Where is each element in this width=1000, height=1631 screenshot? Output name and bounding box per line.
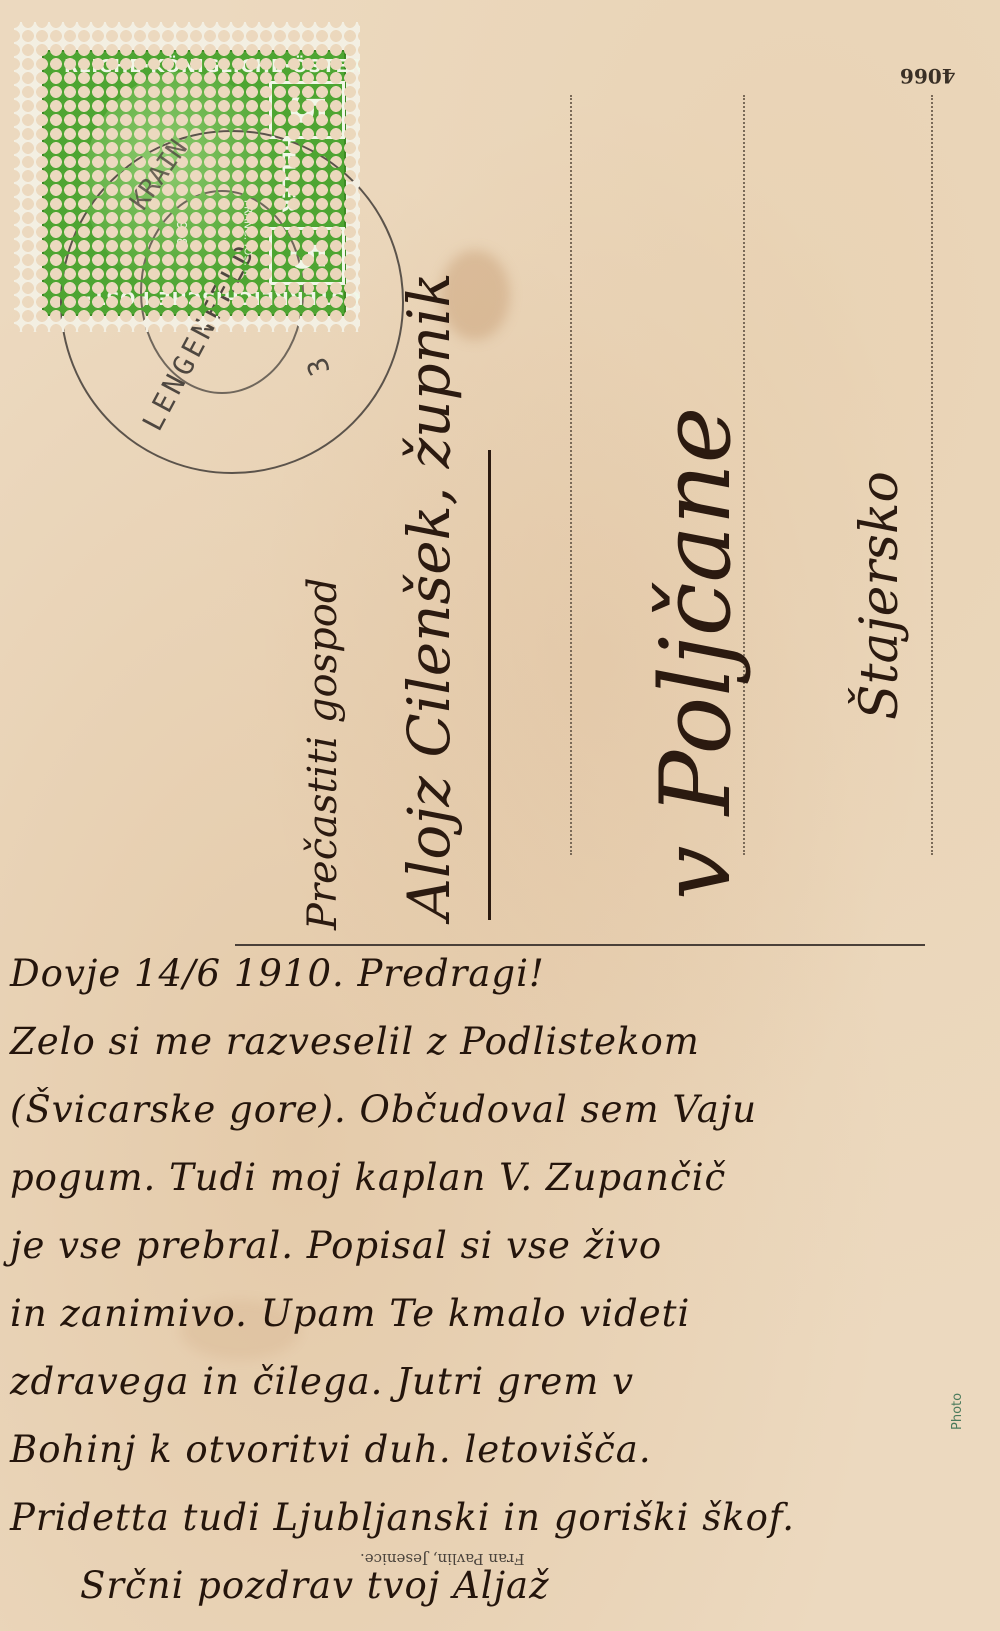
print-number: 4066 <box>900 64 956 88</box>
address-salutation: Prečastiti gospod <box>300 578 346 930</box>
postcard-back: 4066 LENGENFELD 3 RLICHE·KÖNIGLICHE·ÖSTE… <box>0 0 1000 1631</box>
address-town: Poljčane <box>640 407 752 816</box>
stamp-ring-text-top: RLICHE·KÖNIGLICHE·ÖSTER <box>64 56 364 77</box>
message-line: Zelo si me razveselil z Podlistekom <box>10 1008 1000 1076</box>
address-town-line: v Poljčane <box>640 407 752 900</box>
stamp-ring-text-bottom: ·ÖSTERREICHISCHE·POST· <box>84 287 368 308</box>
postage-stamp: RLICHE·KÖNIGLICHE·ÖSTER ·ÖSTERREICHISCHE… <box>14 22 360 332</box>
message-line: je vse prebral. Popisal si vse živo <box>10 1212 1000 1280</box>
message-line: zdravega in čilega. Jutri grem v <box>10 1348 1000 1416</box>
address-recipient: Alojz Cilenšek, župnik <box>395 272 463 920</box>
stamp-year: 1908 <box>173 213 188 246</box>
address-guide-line <box>570 95 572 855</box>
address-region: Štajersko <box>850 471 910 720</box>
stamp-value-bottom: 5 <box>269 227 345 285</box>
handwritten-message: Dovje 14/6 1910. Predragi! Zelo si me ra… <box>10 940 1000 1620</box>
message-line: Dovje 14/6 1910. Predragi! <box>10 940 1000 1008</box>
stamp-design: RLICHE·KÖNIGLICHE·ÖSTER ·ÖSTERREICHISCHE… <box>42 50 346 316</box>
message-line: in zanimivo. Upam Te kmalo videti <box>10 1280 1000 1348</box>
printer-imprint: Fran Pavlin, Jesenice. <box>360 1550 525 1568</box>
address-preposition: v <box>640 846 752 900</box>
stamp-value-top: 5 <box>269 81 345 139</box>
stamp-currency: HELLER <box>277 136 298 212</box>
recipient-underline <box>488 450 491 920</box>
stamp-portrait-caption: FRANC. IOS. I. <box>241 200 253 277</box>
message-line: pogum. Tudi moj kaplan V. Zupančič <box>10 1144 1000 1212</box>
address-guide-line <box>931 95 933 855</box>
photographer-stamp: Photo <box>950 1393 965 1430</box>
message-line: (Švicarske gore). Občudoval sem Vaju <box>10 1076 1000 1144</box>
message-line: Bohinj k otvoritvi duh. letovišča. <box>10 1416 1000 1484</box>
message-line: Pridetta tudi Ljubljanski in goriški ško… <box>10 1484 1000 1552</box>
